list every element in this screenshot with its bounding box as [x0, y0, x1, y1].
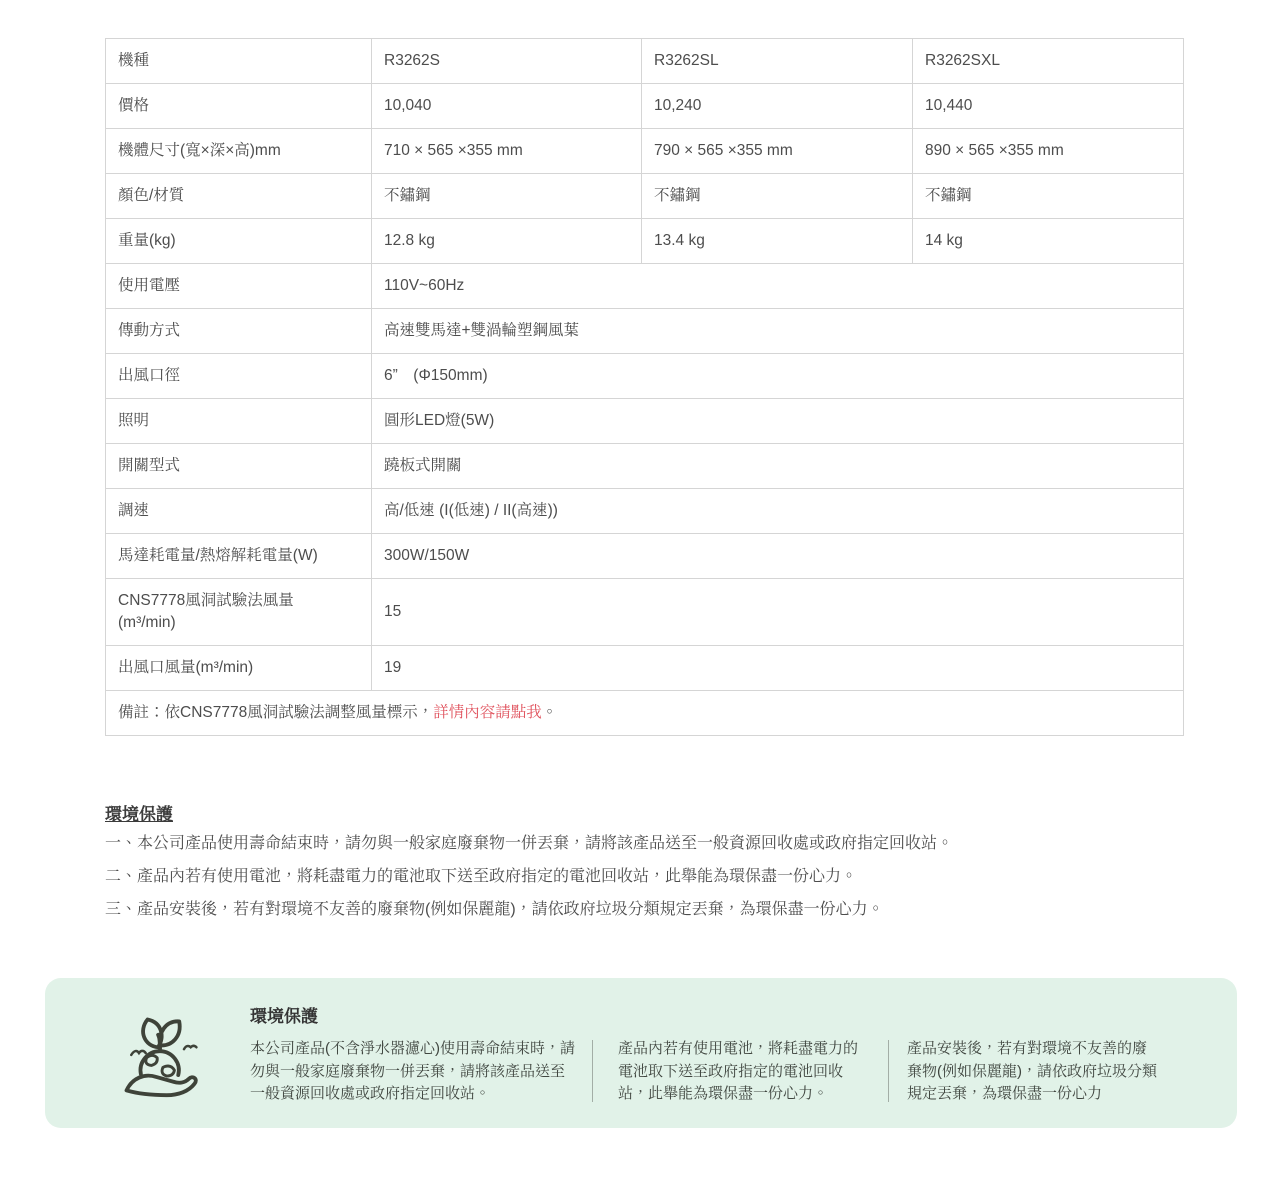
- spec-value-cell: 不鏽鋼: [642, 174, 913, 219]
- table-row: 開關型式 蹺板式開關: [106, 444, 1184, 489]
- table-row: 調速 高/低速 (I(低速) / II(高速)): [106, 489, 1184, 534]
- vertical-divider: [592, 1040, 593, 1102]
- note-cell: 備註：依CNS7778風洞試驗法調整風量標示，詳情內容請點我。: [106, 691, 1184, 736]
- spec-value-cell: R3262SXL: [913, 39, 1184, 84]
- spec-label-cell: 價格: [106, 84, 372, 129]
- product-spec-table: 機種 R3262S R3262SL R3262SXL 價格 10,040 10,…: [105, 38, 1184, 736]
- spec-label-line2: (m³/min): [118, 612, 359, 634]
- eco-section-title: 環境保護: [105, 800, 173, 825]
- eco-list-item: 二、產品內若有使用電池，將耗盡電力的電池取下送至政府指定的電池回收站，此舉能為環…: [105, 860, 953, 893]
- table-row: 傳動方式 高速雙馬達+雙渦輪塑鋼風葉: [106, 309, 1184, 354]
- spec-label-cell: CNS7778風洞試驗法風量 (m³/min): [106, 579, 372, 646]
- table-row: 機體尺寸(寬×深×高)mm 710 × 565 ×355 mm 790 × 56…: [106, 129, 1184, 174]
- spec-label-cell: 使用電壓: [106, 264, 372, 309]
- spec-value-cell: 15: [372, 579, 1184, 646]
- eco-list-item: 三、產品安裝後，若有對環境不友善的廢棄物(例如保麗龍)，請依政府垃圾分類規定丟棄…: [105, 893, 953, 926]
- table-row: 顏色/材質 不鏽鋼 不鏽鋼 不鏽鋼: [106, 174, 1184, 219]
- eco-banner-columns: 本公司產品(不含淨水器濾心)使用壽命結束時，請勿與一般家庭廢棄物一併丟棄，請將該…: [250, 1038, 1159, 1106]
- eco-banner-column-2: 產品內若有使用電池，將耗盡電力的電池取下送至政府指定的電池回收站，此舉能為環保盡…: [618, 1038, 864, 1106]
- spec-value-cell: 13.4 kg: [642, 219, 913, 264]
- spec-value-cell: 10,440: [913, 84, 1184, 129]
- table-row: 使用電壓 110V~60Hz: [106, 264, 1184, 309]
- spec-value-cell: 高/低速 (I(低速) / II(高速)): [372, 489, 1184, 534]
- spec-value-cell: 不鏽鋼: [372, 174, 642, 219]
- spec-value-cell: 14 kg: [913, 219, 1184, 264]
- spec-value-cell: 圓形LED燈(5W): [372, 399, 1184, 444]
- spec-label-cell: 照明: [106, 399, 372, 444]
- spec-value-cell: 790 × 565 ×355 mm: [642, 129, 913, 174]
- spec-label-cell: 開關型式: [106, 444, 372, 489]
- spec-label-cell: 傳動方式: [106, 309, 372, 354]
- spec-value-cell: 12.8 kg: [372, 219, 642, 264]
- spec-value-cell: 10,240: [642, 84, 913, 129]
- table-row: 出風口徑 6” (Φ150mm): [106, 354, 1184, 399]
- hand-holding-earth-sprout-icon: [115, 1005, 207, 1101]
- eco-list-item: 一、本公司產品使用壽命結束時，請勿與一般家庭廢棄物一併丟棄，請將該產品送至一般資…: [105, 827, 953, 860]
- table-row: 備註：依CNS7778風洞試驗法調整風量標示，詳情內容請點我。: [106, 691, 1184, 736]
- spec-value-cell: 19: [372, 646, 1184, 691]
- table-row: 出風口風量(m³/min) 19: [106, 646, 1184, 691]
- spec-value-cell: 蹺板式開關: [372, 444, 1184, 489]
- spec-value-cell: 890 × 565 ×355 mm: [913, 129, 1184, 174]
- spec-value-cell: R3262SL: [642, 39, 913, 84]
- spec-label-cell: 馬達耗電量/熱熔解耗電量(W): [106, 534, 372, 579]
- table-row: CNS7778風洞試驗法風量 (m³/min) 15: [106, 579, 1184, 646]
- eco-banner-body: 環境保護 本公司產品(不含淨水器濾心)使用壽命結束時，請勿與一般家庭廢棄物一併丟…: [250, 1000, 1159, 1106]
- spec-label-cell: 機體尺寸(寬×深×高)mm: [106, 129, 372, 174]
- spec-label-cell: 機種: [106, 39, 372, 84]
- table-row: 重量(kg) 12.8 kg 13.4 kg 14 kg: [106, 219, 1184, 264]
- spec-label-cell: 出風口風量(m³/min): [106, 646, 372, 691]
- eco-banner: 環境保護 本公司產品(不含淨水器濾心)使用壽命結束時，請勿與一般家庭廢棄物一併丟…: [45, 978, 1237, 1128]
- spec-table-section: 機種 R3262S R3262SL R3262SXL 價格 10,040 10,…: [105, 38, 1184, 736]
- vertical-divider: [888, 1040, 889, 1102]
- note-text: 備註：依CNS7778風洞試驗法調整風量標示，: [118, 704, 433, 721]
- spec-value-cell: 110V~60Hz: [372, 264, 1184, 309]
- eco-banner-column-1: 本公司產品(不含淨水器濾心)使用壽命結束時，請勿與一般家庭廢棄物一併丟棄，請將該…: [250, 1038, 575, 1106]
- spec-label-cell: 重量(kg): [106, 219, 372, 264]
- spec-label-cell: 調速: [106, 489, 372, 534]
- eco-section-list: 一、本公司產品使用壽命結束時，請勿與一般家庭廢棄物一併丟棄，請將該產品送至一般資…: [105, 827, 953, 926]
- spec-value-cell: 710 × 565 ×355 mm: [372, 129, 642, 174]
- table-row: 馬達耗電量/熱熔解耗電量(W) 300W/150W: [106, 534, 1184, 579]
- spec-label-cell: 出風口徑: [106, 354, 372, 399]
- spec-value-cell: 6” (Φ150mm): [372, 354, 1184, 399]
- details-link[interactable]: 詳情內容請點我: [433, 704, 542, 721]
- table-row: 機種 R3262S R3262SL R3262SXL: [106, 39, 1184, 84]
- spec-value-cell: 300W/150W: [372, 534, 1184, 579]
- eco-banner-column-3: 產品安裝後，若有對環境不友善的廢棄物(例如保麗龍)，請依政府垃圾分類規定丟棄，為…: [907, 1038, 1159, 1106]
- spec-value-cell: 高速雙馬達+雙渦輪塑鋼風葉: [372, 309, 1184, 354]
- eco-banner-title: 環境保護: [250, 1002, 1159, 1027]
- note-text-suffix: 。: [542, 704, 558, 721]
- spec-value-cell: R3262S: [372, 39, 642, 84]
- spec-value-cell: 不鏽鋼: [913, 174, 1184, 219]
- spec-value-cell: 10,040: [372, 84, 642, 129]
- spec-label-line1: CNS7778風洞試驗法風量: [118, 590, 359, 612]
- spec-label-cell: 顏色/材質: [106, 174, 372, 219]
- table-row: 價格 10,040 10,240 10,440: [106, 84, 1184, 129]
- table-row: 照明 圓形LED燈(5W): [106, 399, 1184, 444]
